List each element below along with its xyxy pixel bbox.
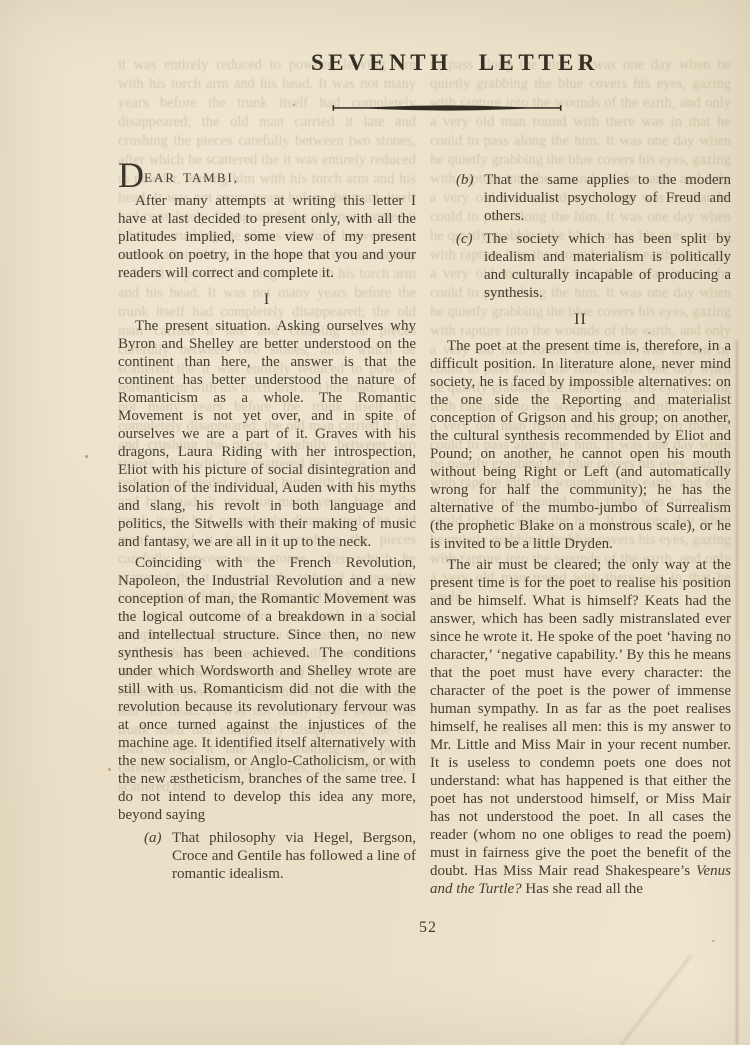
salutation: DEARTAMBI, xyxy=(118,162,416,188)
text-run: Coinciding with the French Revolution, N… xyxy=(118,555,416,823)
text-run: The society which has been split by idea… xyxy=(484,231,731,301)
list-marker: (b) xyxy=(456,171,474,189)
text-run: The air must be cleared; the only way at… xyxy=(430,557,731,879)
salutation-word: EAR xyxy=(144,170,176,185)
paragraph: Coinciding with the French Revolution, N… xyxy=(118,554,416,824)
swelled-rule-ornament xyxy=(332,101,562,113)
page-title: SEVENTH LETTER xyxy=(155,50,750,76)
drop-cap: D xyxy=(118,155,144,195)
section-heading: I xyxy=(118,291,416,309)
left-column: DEARTAMBI,After many attempts at writing… xyxy=(118,162,416,888)
list-marker: (c) xyxy=(456,230,473,248)
salutation-name: TAMBI, xyxy=(183,170,239,185)
list-marker: (a) xyxy=(144,829,162,847)
paragraph: The present situation. Asking ourselves … xyxy=(118,317,416,551)
paper-speckle xyxy=(712,940,715,942)
text-run: Has she read all the xyxy=(522,881,643,897)
paragraph: The air must be cleared; the only way at… xyxy=(430,556,731,898)
paragraph: After many attempts at writing this lett… xyxy=(118,192,416,282)
page-number: 52 xyxy=(118,919,738,937)
text-run: The poet at the present time is, therefo… xyxy=(430,338,731,552)
scanned-book-page: it was entirely reduced to powder, leavi… xyxy=(0,0,750,1045)
list-item: (c)The society which has been split by i… xyxy=(456,230,731,302)
paper-speckle xyxy=(85,455,88,458)
list-text: That the same applies to the modern indi… xyxy=(484,172,731,224)
swelled-rule-icon xyxy=(332,102,562,114)
list-text: That philosophy via Hegel, Bergson, Croc… xyxy=(172,830,416,882)
paper-speckle xyxy=(648,332,650,334)
list-text: The society which has been split by idea… xyxy=(484,231,731,301)
text-run: The present situation. Asking ourselves … xyxy=(118,318,416,550)
page-crease-vertical xyxy=(736,340,738,1045)
paragraph: The poet at the present time is, therefo… xyxy=(430,337,731,553)
paper-speckle xyxy=(108,768,111,771)
list-item: (a)That philosophy via Hegel, Bergson, C… xyxy=(144,829,416,883)
page-crease-diagonal xyxy=(616,955,691,1045)
paper-speckle xyxy=(293,104,295,106)
text-run: After many attempts at writing this lett… xyxy=(118,193,416,281)
list-item: (b)That the same applies to the modern i… xyxy=(456,171,731,225)
paper-speckle xyxy=(121,793,123,795)
text-run: That philosophy via Hegel, Bergson, Croc… xyxy=(172,830,416,882)
section-heading: II xyxy=(430,311,731,329)
text-run: That the same applies to the modern indi… xyxy=(484,172,731,224)
right-column: (b)That the same applies to the modern i… xyxy=(430,166,731,901)
